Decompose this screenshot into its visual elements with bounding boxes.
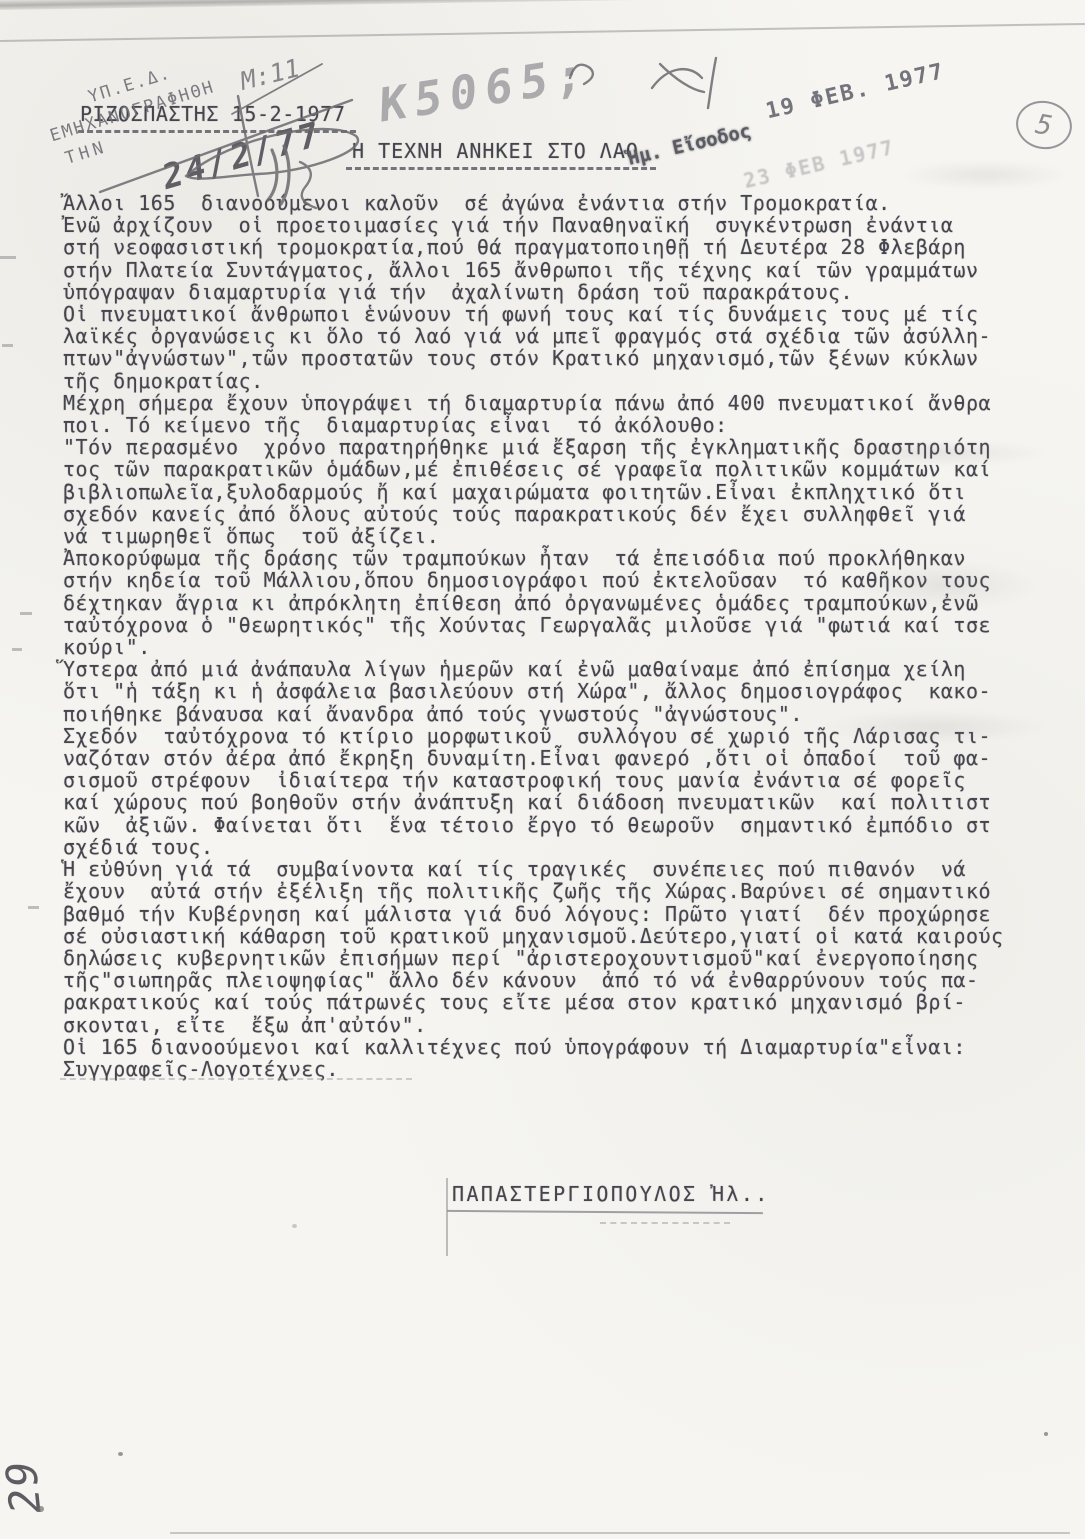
entry-stamp-date: 19 ΦΕΒ. 1977 bbox=[763, 59, 947, 125]
scan-streak-line bbox=[0, 23, 1085, 42]
body-line: σκονται, εἴτε ἔξω ἀπ'αὐτόν". bbox=[63, 1014, 1043, 1036]
body-line: ὑπόγραψαν διαμαρτυρία γιά τήν ἀχαλίνωτη … bbox=[63, 281, 1043, 303]
body-line: βιβλιοπωλεῖα,ξυλοδαρμούς ἤ καί μαχαιρώμα… bbox=[63, 481, 1043, 503]
document-body: Ἄλλοι 165 διανοούμενοι καλοῦν σέ ἀγώνα ἐ… bbox=[63, 192, 1043, 1080]
margin-mark bbox=[2, 344, 13, 347]
pen-dot bbox=[118, 1452, 123, 1456]
body-line: Ὕστερα ἀπό μιά ἀνάπαυλα λίγων ἡμερῶν καί… bbox=[63, 658, 1043, 680]
body-line: σχεδόν κανείς ἀπό ὅλους αὐτούς τούς παρα… bbox=[63, 503, 1043, 525]
body-end-dashes bbox=[60, 1078, 412, 1080]
signature-box-line bbox=[446, 1178, 448, 1256]
body-line: τῆς"σιωπηρᾶς πλειοψηφίας" ἄλλο δέν κάνου… bbox=[63, 969, 1043, 991]
body-line: δηλώσεις κυβερνητικῶν ἐπισήμων περί "ἀρι… bbox=[63, 947, 1043, 969]
body-line: Μέχρη σήμερα ἔχουν ὑπογράψει τή διαμαρτυ… bbox=[63, 392, 1043, 414]
margin-mark bbox=[12, 648, 22, 651]
speck bbox=[1044, 1432, 1048, 1436]
body-line: λαϊκές ὀργανώσεις κι ὅλο τό λαό γιά νά μ… bbox=[63, 325, 1043, 347]
margin-mark bbox=[20, 612, 32, 615]
body-line: Οἱ 165 διανοούμενοι καί καλλιτέχνες πού … bbox=[63, 1036, 1043, 1058]
body-line: σχέδιά τους. bbox=[63, 836, 1043, 858]
body-line: στή νεοφασιστική τρομοκρατία,πού θά πραγ… bbox=[63, 236, 1043, 258]
bleed-smudge bbox=[830, 440, 1050, 466]
signature-underline-2 bbox=[600, 1222, 730, 1224]
document-title: Η ΤΕΧΝΗ ΑΝΗΚΕΙ ΣΤΟ ΛΑΟ bbox=[352, 139, 639, 163]
speck bbox=[292, 1224, 297, 1228]
margin-mark bbox=[0, 256, 16, 259]
body-line: τῆς δημοκρατίας. bbox=[63, 370, 1043, 392]
bleed-smudge bbox=[900, 160, 1070, 190]
circled-number-value: 5 bbox=[1033, 108, 1054, 141]
entry-date-stamp: Ἡμ. Εἴσοδος 19 ΦΕΒ. 1977 bbox=[625, 73, 950, 171]
circled-page-number: 5 bbox=[1012, 97, 1075, 154]
scan-bottom-edge bbox=[170, 1532, 1070, 1534]
pen-dot bbox=[38, 1506, 44, 1512]
body-line: νά τιμωρηθεῖ ὅπως τοῦ ἀξίζει. bbox=[63, 525, 1043, 547]
body-line: κούρι". bbox=[63, 636, 1043, 658]
body-line: Συγγραφεῖς-Λογοτέχνες. bbox=[63, 1058, 1043, 1080]
bleed-smudge bbox=[850, 560, 1040, 610]
body-line: Ἐνῶ ἀρχίζουν οἱ προετοιμασίες γιά τήν Πα… bbox=[63, 214, 1043, 236]
body-line: καί χώρους πού βοηθοῦν στήν ἀνάπτυξη καί… bbox=[63, 791, 1043, 813]
signature-name: ΠΑΠΑΣΤΕΡΓΙΟΠΟΥΛΟΣ Ἠλ.. bbox=[452, 1182, 770, 1206]
body-line: σισμοῦ στρέφουν ἰδιαίτερα τήν καταστροφι… bbox=[63, 769, 1043, 791]
body-line: ἔχουν αὐτά στήν ἐξέλιξη τῆς πολιτικῆς ζω… bbox=[63, 880, 1043, 902]
body-line: κῶν ἀξιῶν. Φαίνεται ὅτι ἕνα τέτοιο ἔργο … bbox=[63, 814, 1043, 836]
margin-mark bbox=[28, 906, 39, 909]
body-line: βαθμό τήν Κυβέρνηση καί μάλιστα γιά δυό … bbox=[63, 903, 1043, 925]
signature-underline bbox=[447, 1210, 763, 1214]
handwritten-code: Κ5065; bbox=[375, 46, 595, 133]
body-line: σέ οὐσιαστική κάθαρση τοῦ κρατικοῦ μηχαν… bbox=[63, 925, 1043, 947]
body-line: ταὐτόχρονα ὁ "θεωρητικός" τῆς Χούντας Γε… bbox=[63, 614, 1043, 636]
body-line: ὅτι "ἡ τάξη κι ἡ ἀσφάλεια βασιλεύουν στή… bbox=[63, 680, 1043, 702]
body-line: ρακρατικούς καί τούς πάτρωνές τους εἴτε … bbox=[63, 991, 1043, 1013]
body-line: στήν Πλατεία Συντάγματος, ἄλλοι 165 ἄνθρ… bbox=[63, 259, 1043, 281]
body-line: Ἡ εὐθύνη γιά τά συμβαίνοντα καί τίς τραγ… bbox=[63, 858, 1043, 880]
scan-streak bbox=[0, 0, 1085, 10]
bleed-smudge bbox=[820, 710, 1050, 744]
body-line: ποι. Τό κείμενο τῆς διαμαρτυρίας εἶναι τ… bbox=[63, 414, 1043, 436]
body-line: πτων"ἀγνώστων",τῶν προστατῶν τους στόν Κ… bbox=[63, 347, 1043, 369]
second-date-stamp: 23 ΦΕΒ 1977 bbox=[741, 135, 897, 193]
entry-stamp-label: Ἡμ. Εἴσοδος bbox=[626, 120, 754, 170]
scanned-document-page: ΡΙΖΟΣΠΑΣΤΗΣ 15-2-1977 Η ΤΕΧΝΗ ΑΝΗΚΕΙ ΣΤΟ… bbox=[0, 0, 1085, 1539]
body-line: Ἄλλοι 165 διανοούμενοι καλοῦν σέ ἀγώνα ἐ… bbox=[63, 192, 1043, 214]
title-underline bbox=[346, 167, 656, 170]
body-line: ναζόταν στόν ἀέρα ἀπό ἔκρηξη δυναμίτη.Εἶ… bbox=[63, 747, 1043, 769]
body-line: Οἱ πνευματικοί ἄνθρωποι ἑνώνουν τή φωνή … bbox=[63, 303, 1043, 325]
